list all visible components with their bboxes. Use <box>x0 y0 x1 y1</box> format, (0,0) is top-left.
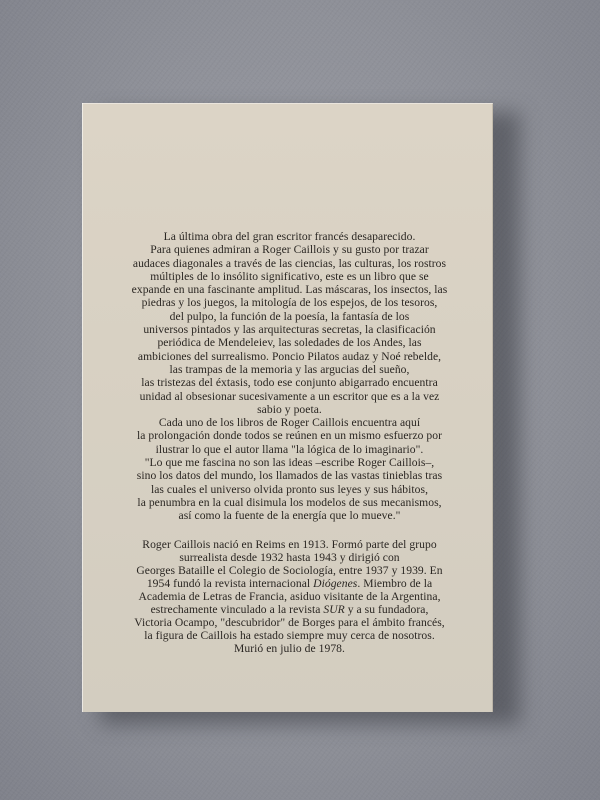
synopsis-line: las trampas de la memoria y las argucias… <box>104 363 475 376</box>
synopsis-line: ambiciones del surrealismo. Poncio Pilat… <box>104 350 475 363</box>
synopsis-line: así como la fuente de la energía que lo … <box>104 509 475 522</box>
bio-text: 1954 fundó la revista internacional <box>147 577 313 590</box>
synopsis-line: múltiples de lo insólito significativo, … <box>104 270 475 283</box>
synopsis-line: universos pintados y las arquitecturas s… <box>104 323 475 336</box>
synopsis-line: periódica de Mendeleiev, las soledades d… <box>104 336 475 349</box>
back-cover-blurb: La última obra del gran escritor francés… <box>82 230 493 655</box>
synopsis-line: unidad al obsesionar sucesivamente a un … <box>104 390 475 403</box>
bio-line: Georges Bataille el Colegio de Sociologí… <box>104 564 475 577</box>
bio-line: 1954 fundó la revista internacional Dióg… <box>104 577 475 590</box>
synopsis-line: la prolongación donde todos se reúnen en… <box>104 429 475 442</box>
synopsis-line: sabio y poeta. <box>104 403 475 416</box>
synopsis-line: audaces diagonales a través de las cienc… <box>104 257 475 270</box>
bio-line: surrealista desde 1932 hasta 1943 y diri… <box>104 551 475 564</box>
bio-line: Academia de Letras de Francia, asiduo vi… <box>104 590 475 603</box>
bio-line: la figura de Caillois ha estado siempre … <box>104 629 475 642</box>
bio-line: Murió en julio de 1978. <box>104 642 475 655</box>
synopsis-line: Cada uno de los libros de Roger Caillois… <box>104 416 475 429</box>
bio-line: Victoria Ocampo, "descubridor" de Borges… <box>104 616 475 629</box>
bio-line: Roger Caillois nació en Reims en 1913. F… <box>104 538 475 551</box>
synopsis-line: piedras y los juegos, la mitología de lo… <box>104 296 475 309</box>
bio-text: estrechamente vinculado a la revista <box>151 603 324 616</box>
synopsis-line: del pulpo, la función de la poesía, la f… <box>104 310 475 323</box>
synopsis-line: expande en una fascinante amplitud. Las … <box>104 283 475 296</box>
paragraph-gap <box>104 523 475 538</box>
bio-text: y a su fundadora, <box>345 603 429 616</box>
author-bio: Roger Caillois nació en Reims en 1913. F… <box>104 538 475 656</box>
synopsis: La última obra del gran escritor francés… <box>104 230 475 523</box>
bio-text: . Miembro de la <box>357 577 432 590</box>
journal-title-sur: SUR <box>323 603 344 616</box>
synopsis-line: "Lo que me fascina no son las ideas –esc… <box>104 456 475 469</box>
journal-title-diogenes: Diógenes <box>313 577 357 590</box>
synopsis-line: La última obra del gran escritor francés… <box>104 230 475 243</box>
bio-line: estrechamente vinculado a la revista SUR… <box>104 603 475 616</box>
book-back-cover: La última obra del gran escritor francés… <box>82 103 493 712</box>
synopsis-line: la penumbra en la cual disimula los mode… <box>104 496 475 509</box>
synopsis-line: sino los datos del mundo, los llamados d… <box>104 469 475 482</box>
synopsis-line: ilustrar lo que el autor llama "la lógic… <box>104 443 475 456</box>
synopsis-line: Para quienes admiran a Roger Caillois y … <box>104 243 475 256</box>
synopsis-line: las tristezas del éxtasis, todo ese conj… <box>104 376 475 389</box>
synopsis-line: las cuales el universo olvida pronto sus… <box>104 483 475 496</box>
